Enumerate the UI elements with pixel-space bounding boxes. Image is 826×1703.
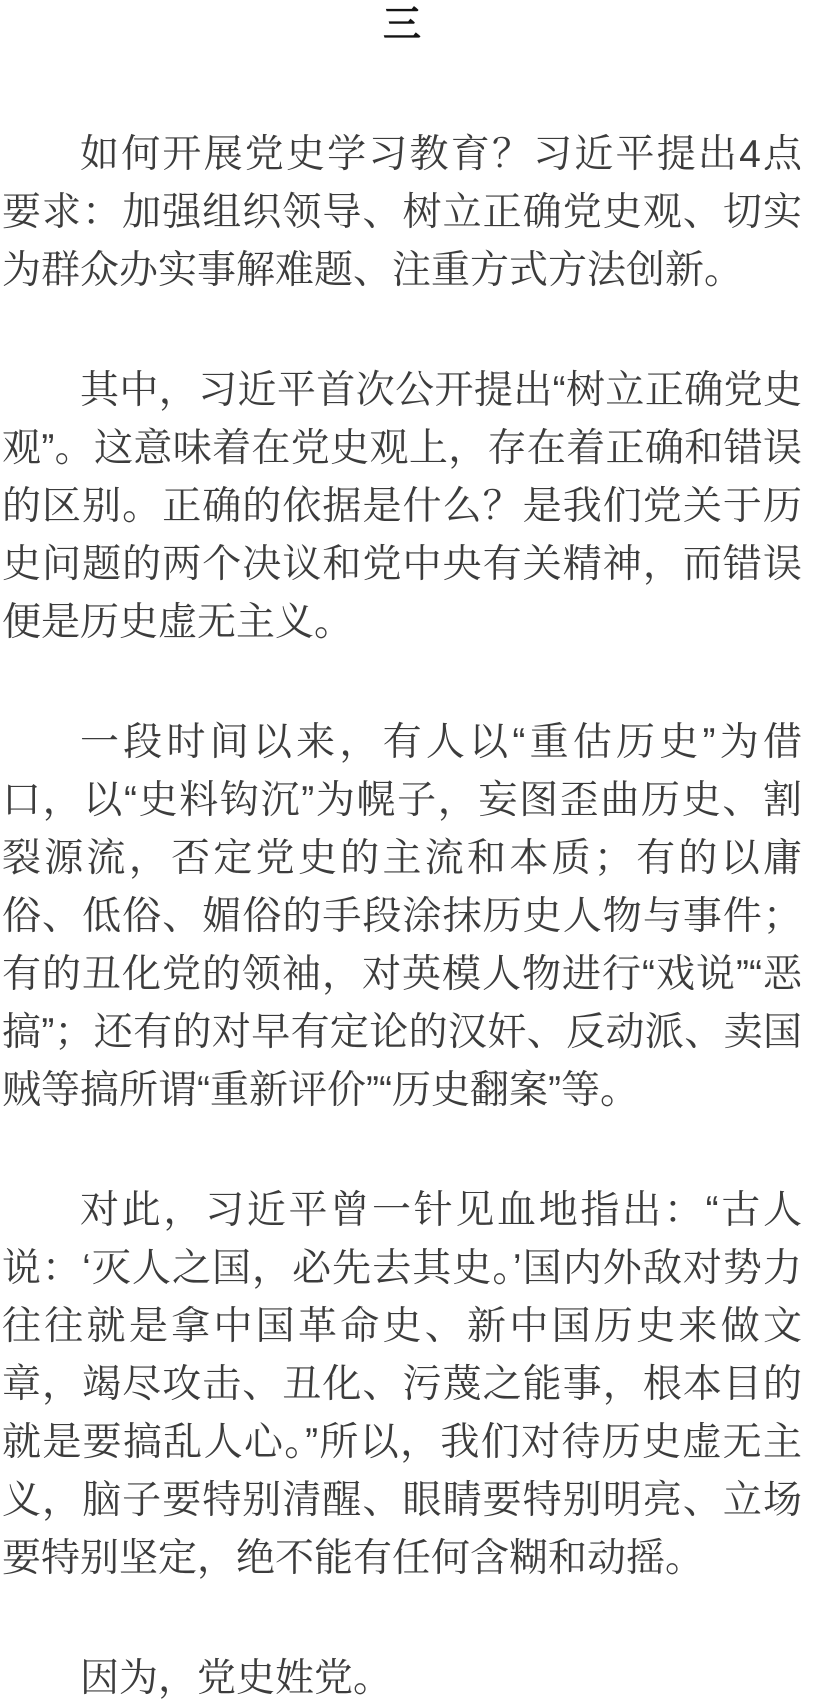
- article-body: 三 如何开展党史学习教育？习近平提出4点要求：加强组织领导、树立正确党史观、切实…: [0, 1, 826, 1703]
- article-page: 三 如何开展党史学习教育？习近平提出4点要求：加强组织领导、树立正确党史观、切实…: [0, 0, 826, 1703]
- paragraph-1: 如何开展党史学习教育？习近平提出4点要求：加强组织领导、树立正确党史观、切实为群…: [2, 126, 802, 300]
- paragraph-5: 因为，党史姓党。: [2, 1650, 802, 1703]
- section-number-heading: 三: [2, 1, 802, 49]
- paragraph-3: 一段时间以来，有人以“重估历史”为借口，以“史料钩沉”为幌子，妄图歪曲历史、割裂…: [2, 714, 802, 1120]
- paragraph-4: 对此，习近平曾一针见血地指出：“古人说：‘灭人之国，必先去其史。’国内外敌对势力…: [2, 1182, 802, 1588]
- paragraph-2: 其中，习近平首次公开提出“树立正确党史观”。这意味着在党史观上，存在着正确和错误…: [2, 362, 802, 652]
